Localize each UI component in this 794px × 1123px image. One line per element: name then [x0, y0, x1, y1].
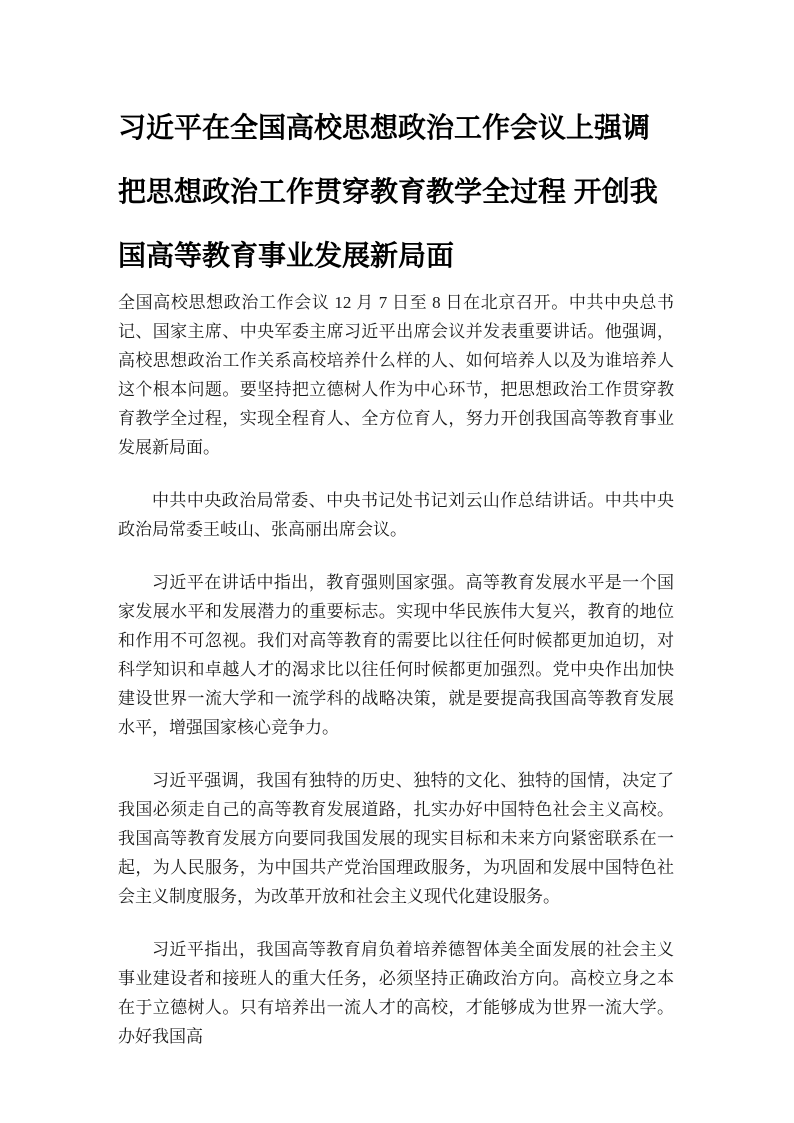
- paragraph-lead: 全国高校思想政治工作会议 12 月 7 日至 8 日在北京召开。中共中央总书记、…: [118, 288, 674, 462]
- document-page: 习近平在全国高校思想政治工作会议上强调 把思想政治工作贯穿教育教学全过程 开创我…: [0, 0, 794, 1123]
- document-title-line-3: 国高等教育事业发展新局面: [118, 224, 674, 288]
- document-content: 习近平在全国高校思想政治工作会议上强调 把思想政治工作贯穿教育教学全过程 开创我…: [118, 96, 674, 1075]
- paragraph-speech-talent-cultivation: 习近平指出，我国高等教育肩负着培养德智体美全面发展的社会主义事业建设者和接班人的…: [118, 935, 674, 1051]
- document-title-line-1: 习近平在全国高校思想政治工作会议上强调: [118, 96, 674, 160]
- document-body: 全国高校思想政治工作会议 12 月 7 日至 8 日在北京召开。中共中央总书记、…: [118, 288, 674, 1051]
- document-title-line-2: 把思想政治工作贯穿教育教学全过程 开创我: [118, 160, 674, 224]
- document-title: 习近平在全国高校思想政治工作会议上强调 把思想政治工作贯穿教育教学全过程 开创我…: [118, 96, 674, 288]
- paragraph-speech-unique-path: 习近平强调，我国有独特的历史、独特的文化、独特的国情，决定了我国必须走自己的高等…: [118, 766, 674, 911]
- paragraph-speech-education-strength: 习近平在讲话中指出，教育强则国家强。高等教育发展水平是一个国家发展水平和发展潜力…: [118, 568, 674, 742]
- paragraph-attendees: 中共中央政治局常委、中央书记处书记刘云山作总结讲话。中共中央政治局常委王岐山、张…: [118, 486, 674, 544]
